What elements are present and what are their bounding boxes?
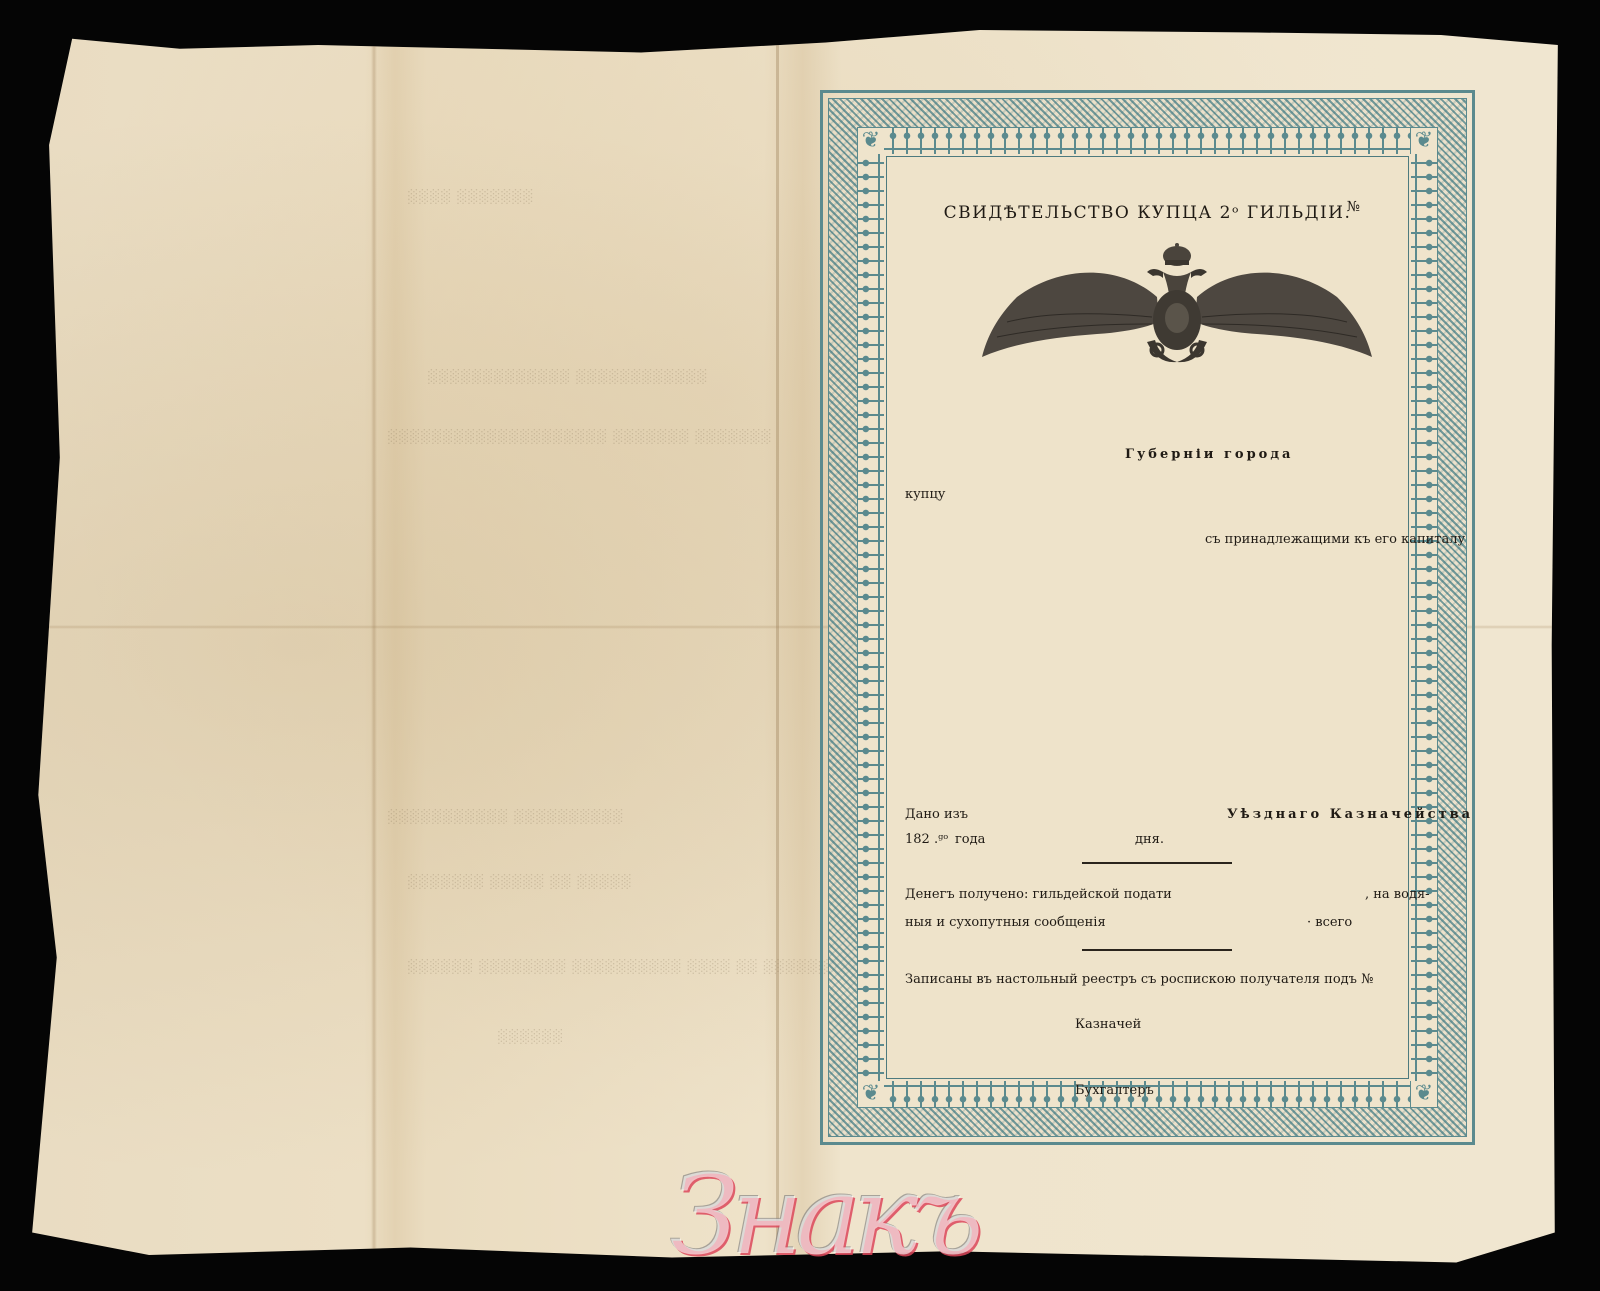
picket-border: ❦ ❦ ❦ ❦ СВИДѢТЕЛЬСТВО КУПЦА 2ᵒ ГИЛЬДІИ. … — [857, 127, 1438, 1108]
watermark-logo: Знакъ — [670, 1160, 976, 1270]
money-line-1: Денегъ получено: гильдейской подати — [905, 887, 1172, 902]
money-line-2: ныя и сухопутныя сообщенія — [905, 915, 1106, 930]
certificate-title: СВИДѢТЕЛЬСТВО КУПЦА 2ᵒ ГИЛЬДІИ. — [887, 203, 1408, 223]
day-word: дня. — [1135, 832, 1164, 847]
treasurer-label: Казначей — [1075, 1017, 1141, 1032]
certificate-frame: ❦ ❦ ❦ ❦ СВИДѢТЕЛЬСТВО КУПЦА 2ᵒ ГИЛЬДІИ. … — [820, 90, 1475, 1145]
merchant-label: купцу — [905, 487, 945, 502]
bleed-through-text: ░░░░░░░ ░░░░░░░ ░░░░░░░░░░░░░░░░░░░░ — [386, 430, 770, 445]
province-line: Губерніи города — [1125, 447, 1293, 462]
fleuron-icon: ❦ — [858, 128, 884, 154]
capital-line: съ принадлежащими къ его капиталу — [1205, 532, 1465, 547]
fold-line — [371, 20, 377, 1270]
year-word: года — [955, 832, 985, 847]
money-line-1-end: , на водя- — [1365, 887, 1430, 902]
divider-line — [1082, 862, 1232, 864]
bleed-through-text: ░░░░░░░░ ░░ ░░░░ ░░░░░░░░░░ ░░░░░░░░ ░░░… — [406, 960, 850, 975]
registry-line: Записаны въ настольный реестръ съ роспис… — [905, 972, 1373, 987]
fleuron-icon: ❦ — [1411, 1081, 1437, 1107]
accountant-label: Бухгалтеръ — [1075, 1083, 1154, 1098]
certificate-body: СВИДѢТЕЛЬСТВО КУПЦА 2ᵒ ГИЛЬДІИ. № — [886, 156, 1409, 1079]
bleed-through-text: ░░░░░░ — [496, 1030, 562, 1045]
money-line-2-end: · всего — [1307, 915, 1352, 930]
fold-line — [776, 20, 779, 1270]
treasury-label: Уѣзднаго Казначейства — [1227, 807, 1473, 822]
fleuron-icon: ❦ — [858, 1081, 884, 1107]
bleed-through-text: ░░░░░░░░░░ ░░░░░░░░░░░ — [386, 810, 622, 825]
fleuron-icon: ❦ — [1411, 128, 1437, 154]
number-sign: № — [1347, 199, 1360, 215]
double-headed-eagle-icon — [977, 242, 1377, 372]
ornamental-border: ❦ ❦ ❦ ❦ СВИДѢТЕЛЬСТВО КУПЦА 2ᵒ ГИЛЬДІИ. … — [828, 98, 1467, 1137]
issued-from-label: Дано изъ — [905, 807, 968, 822]
bleed-through-text: ░░░░░░░ ░░░░ — [406, 190, 532, 205]
bleed-through-text: ░░░░░░░░░░░░ ░░░░░░░░░░░░░ — [426, 370, 706, 385]
divider-line — [1082, 949, 1232, 951]
bleed-through-text: ░░░░░ ░░ ░░░░░ ░░░░░░░ — [406, 875, 630, 890]
year-prefix: 182 .ᵍᵒ — [905, 832, 948, 847]
